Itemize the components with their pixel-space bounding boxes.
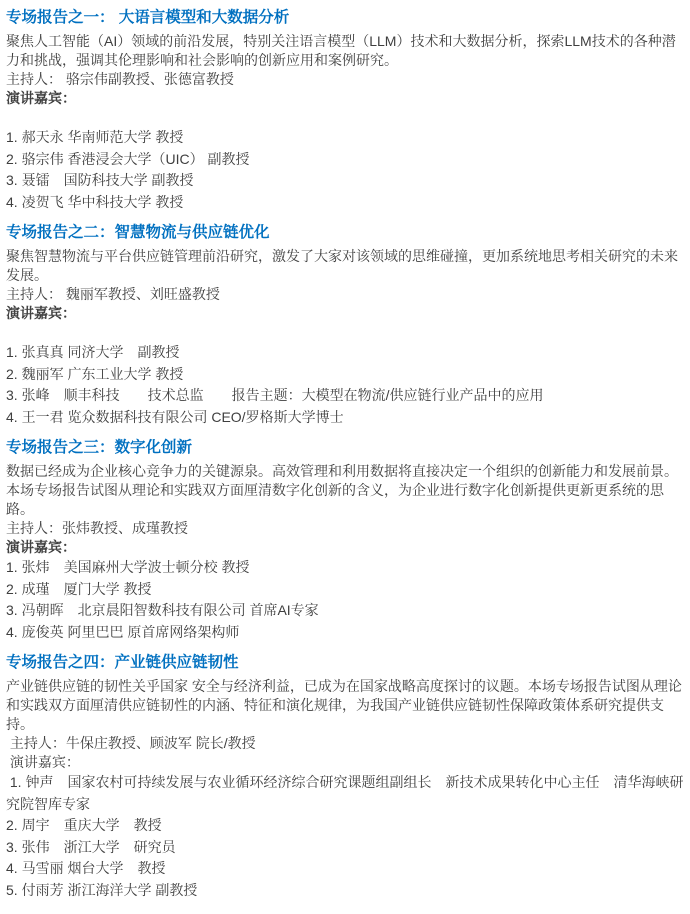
speaker-item: 1. 郝天永 华南师范大学 教授: [6, 127, 686, 149]
session-title: 专场报告之一： 大语言模型和大数据分析: [6, 7, 686, 28]
speaker-item: 5. 付雨芳 浙江海洋大学 副教授: [6, 880, 686, 902]
speaker-item: 1. 钟声 国家农村可持续发展与农业循环经济综合研究课题组副组长 新技术成果转化…: [6, 772, 686, 815]
session-hosts-line: 主持人： 魏丽军教授、刘旺盛教授: [6, 285, 686, 304]
speaker-item: 4. 凌贺飞 华中科技大学 教授: [6, 192, 686, 214]
speaker-item: 2. 周宇 重庆大学 教授: [6, 815, 686, 837]
speaker-item: 3. 张峰 顺丰科技 技术总监 报告主题：大模型在物流/供应链行业产品中的应用: [6, 385, 686, 407]
conference-program-document: 专场报告之一： 大语言模型和大数据分析 聚焦人工智能（AI）领域的前沿发展，特别…: [0, 0, 690, 914]
session-description: 数据已经成为企业核心竞争力的关键源泉。高效管理和利用数据将直接决定一个组织的创新…: [6, 462, 686, 519]
session-4-supplychain-resilience: 专场报告之四：产业链供应链韧性 产业链供应链的韧性关乎国家 安全与经济利益，已成…: [6, 652, 686, 901]
speakers-label: 演讲嘉宾：: [6, 89, 686, 108]
speaker-item: 3. 张伟 浙江大学 研究员: [6, 837, 686, 859]
speakers-label: 演讲嘉宾：: [6, 753, 686, 772]
speaker-item: 3. 冯朝晖 北京晨阳智数科技有限公司 首席AI专家: [6, 600, 686, 622]
session-hosts-line: 主持人：张炜教授、成瑾教授: [6, 519, 686, 538]
speaker-item: 4. 王一君 览众数据科技有限公司 CEO/罗格斯大学博士: [6, 407, 686, 429]
speaker-item: 1. 张炜 美国麻州大学波士顿分校 教授: [6, 557, 686, 579]
speaker-item: 2. 骆宗伟 香港浸会大学（UIC） 副教授: [6, 149, 686, 171]
session-1-llm-bigdata: 专场报告之一： 大语言模型和大数据分析 聚焦人工智能（AI）领域的前沿发展，特别…: [6, 7, 686, 213]
session-hosts-line: 主持人：牛保庄教授、顾波军 院长/教授: [6, 734, 686, 753]
session-2-smart-logistics: 专场报告之二：智慧物流与供应链优化 聚焦智慧物流与平台供应链管理前沿研究，激发了…: [6, 222, 686, 428]
session-description: 产业链供应链的韧性关乎国家 安全与经济利益，已成为在国家战略高度探讨的议题。本场…: [6, 677, 686, 734]
speaker-item: 3. 聂镭 国防科技大学 副教授: [6, 170, 686, 192]
session-3-digital-innovation: 专场报告之三：数字化创新 数据已经成为企业核心竞争力的关键源泉。高效管理和利用数…: [6, 437, 686, 643]
speakers-label: 演讲嘉宾：: [6, 538, 686, 557]
speaker-item: 2. 成瑾 厦门大学 教授: [6, 579, 686, 601]
session-hosts-line: 主持人： 骆宗伟副教授、张德富教授: [6, 70, 686, 89]
session-description: 聚焦智慧物流与平台供应链管理前沿研究，激发了大家对该领域的思维碰撞，更加系统地思…: [6, 247, 686, 285]
speaker-item: 4. 马雪丽 烟台大学 教授: [6, 858, 686, 880]
session-title: 专场报告之四：产业链供应链韧性: [6, 652, 686, 673]
session-description: 聚焦人工智能（AI）领域的前沿发展，特别关注语言模型（LLM）技术和大数据分析，…: [6, 32, 686, 70]
speaker-item: 2. 魏丽军 广东工业大学 教授: [6, 364, 686, 386]
speaker-item: 4. 庞俊英 阿里巴巴 原首席网络架构师: [6, 622, 686, 644]
session-title: 专场报告之三：数字化创新: [6, 437, 686, 458]
speaker-item: 1. 张真真 同济大学 副教授: [6, 342, 686, 364]
session-title: 专场报告之二：智慧物流与供应链优化: [6, 222, 686, 243]
speakers-label: 演讲嘉宾：: [6, 304, 686, 323]
